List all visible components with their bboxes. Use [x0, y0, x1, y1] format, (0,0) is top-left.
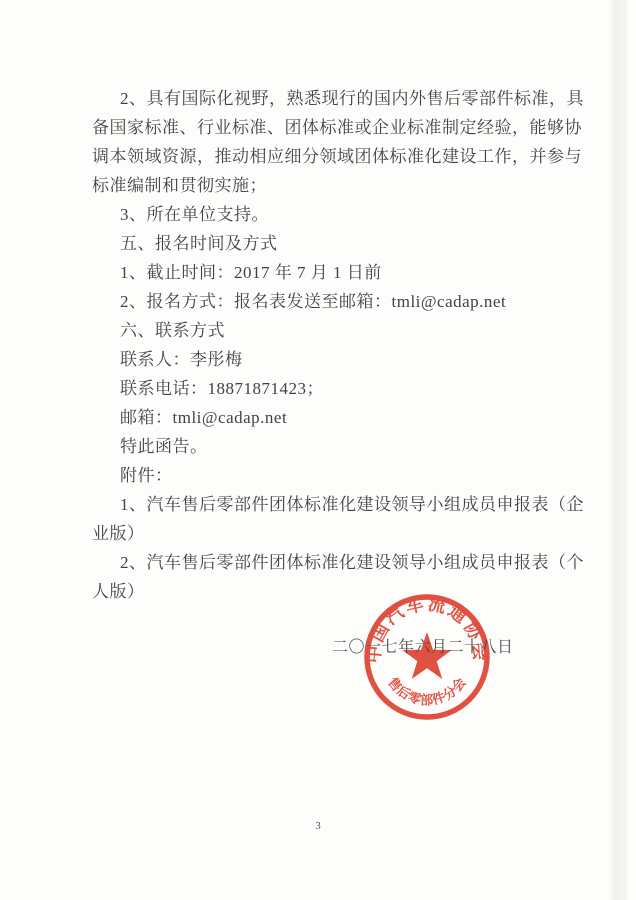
attachment-item: 人版） — [92, 577, 570, 606]
body-line-signup-email: 2、报名方式：报名表发送至邮箱：tmli@cadap.net — [92, 287, 570, 316]
page-number: 3 — [0, 820, 636, 832]
document-page: 2、具有国际化视野，熟悉现行的国内外售后零部件标准，具 备国家标准、行业标准、团… — [0, 0, 636, 900]
contact-person-line: 联系人：李彤梅 — [92, 345, 570, 374]
body-line: 2、具有国际化视野，熟悉现行的国内外售后零部件标准，具 — [92, 84, 570, 113]
svg-text:售后零部件分会: 售后零部件分会 — [385, 675, 469, 708]
body-line: 特此函告。 — [92, 432, 570, 461]
body-line-deadline: 1、截止时间：2017 年 7 月 1 日前 — [92, 258, 570, 287]
body-line: 3、所在单位支持。 — [92, 200, 570, 229]
contact-email-line: 邮箱：tmli@cadap.net — [92, 403, 570, 432]
attachment-item: 1、汽车售后零部件团体标准化建设领导小组成员申报表（企 — [92, 490, 570, 519]
section-heading: 五、报名时间及方式 — [92, 229, 570, 258]
contact-phone-line: 联系电话：18871871423； — [92, 374, 570, 403]
body-line: 调本领域资源，推动相应细分领域团体标准化建设工作，并参与 — [92, 142, 570, 171]
seal-bottom-text: 售后零部件分会 — [385, 675, 469, 708]
section-heading: 六、联系方式 — [92, 316, 570, 345]
letter-body: 2、具有国际化视野，熟悉现行的国内外售后零部件标准，具 备国家标准、行业标准、团… — [92, 84, 570, 606]
body-line: 备国家标准、行业标准、团体标准或企业标准制定经验，能够协 — [92, 113, 570, 142]
attachments-heading: 附件： — [92, 461, 570, 490]
letter-date: 二〇一七年六月二十八日 — [332, 637, 514, 659]
attachment-item: 2、汽车售后零部件团体标准化建设领导小组成员申报表（个 — [92, 548, 570, 577]
body-line: 标准编制和贯彻实施； — [92, 171, 570, 200]
scan-artifact-right-edge — [609, 0, 627, 900]
attachment-item: 业版） — [92, 519, 570, 548]
